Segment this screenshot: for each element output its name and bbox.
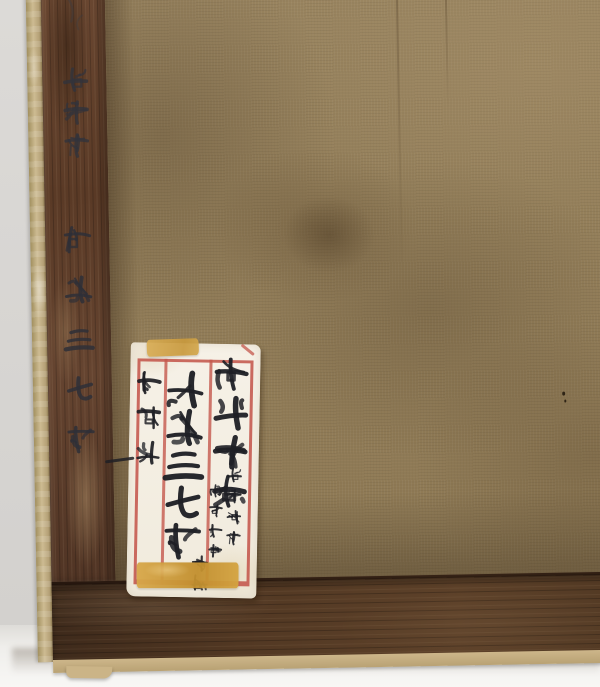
exhibition-label	[126, 342, 261, 598]
painting-back	[26, 0, 600, 687]
tape-piece-top	[147, 338, 200, 357]
canvas-seam-line	[445, 0, 449, 109]
canvas-speck	[564, 400, 566, 403]
torn-canvas-flap	[66, 666, 112, 679]
canvas-speck	[562, 392, 565, 396]
canvas-seam-line	[396, 0, 403, 280]
tape-piece-bottom	[137, 562, 239, 588]
